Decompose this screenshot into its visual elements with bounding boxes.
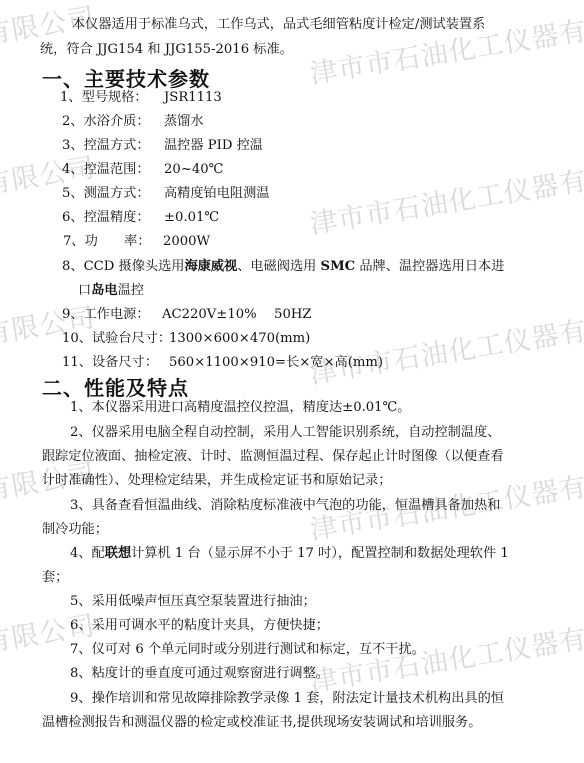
spec-number: 8、 [62, 259, 84, 274]
spec-value: 高精度铂电阻测温 [164, 185, 270, 203]
feature-4-line-1: 4、配联想计算机 1 台（显示屏不小于 17 吋），配置控制和数据处理软件 1 [70, 545, 509, 563]
spec-value: 20~40℃ [164, 161, 223, 179]
spec-row-7: 7、功 率： 2000W [63, 233, 151, 251]
text-run: 品牌、温控器选用日本进 [355, 259, 504, 274]
spec-value: 蒸馏水 [164, 113, 204, 131]
feature-9-line-2: 温槽检测报告和测温仪器的检定或校准证书,提供现场安装调试和培训服务。 [42, 714, 481, 732]
spec-value: AC220V±10% 50HZ [162, 306, 312, 324]
spec-row-10: 10、试验台尺寸： 1300×600×470(mm) [62, 330, 171, 348]
spec-number: 9、 [62, 307, 84, 322]
feature-3-line-1: 3、具备查看恒温曲线、消除粘度标准液中气泡的功能，恒温槽具备加热和 [70, 497, 500, 515]
feature-4-line-2: 套； [42, 569, 68, 587]
spec-label: 工作电源： [84, 307, 150, 322]
intro-line-1: 本仪器适用于标准乌式，工作乌式，品式毛细管粘度计检定/测试装置系 [72, 16, 485, 34]
spec-number: 5、 [62, 186, 84, 201]
text-run: 口 [78, 283, 91, 298]
spec-row-11: 11、设备尺寸： 560×1100×910=长×宽×高(mm) [62, 354, 158, 372]
feature-2-line-3: 计时准确性）、处理检定结果，并生成检定证书和原始记录； [42, 472, 391, 490]
spec-value: 2000W [163, 233, 210, 251]
document-page: 津市市石油化工仪器有限公司 津市市石油化工仪器有限公司 津市市石油化工仪器有限公… [0, 0, 584, 763]
watermark-text: 津市市石油化工仪器有限公司 [307, 0, 584, 91]
spec-number: 3、 [62, 138, 84, 153]
text-run: 4、配 [70, 546, 105, 561]
spec-number: 1、 [60, 90, 82, 105]
text-run: 、电磁阀选用 [237, 259, 320, 274]
spec-label: 控温方式： [84, 138, 150, 153]
watermark-text: 津市市石油化工仪器有限公司 [307, 296, 584, 391]
spec-number: 11、 [62, 355, 92, 370]
spec-number: 6、 [62, 210, 84, 225]
spec-label: 试验台尺寸： [92, 331, 171, 346]
spec-row-9: 9、工作电源： AC220V±10% 50HZ [62, 306, 150, 324]
section-2-title: 二、性能及特点 [42, 372, 189, 401]
spec-row-5: 5、测温方式： 高精度铂电阻测温 [62, 185, 150, 203]
spec-number: 10、 [62, 331, 92, 346]
brand-hikvision: 海康威视 [184, 259, 237, 274]
spec-label: 水浴介质： [84, 114, 150, 129]
spec-row-1: 1、型号规格： JSR1113 [60, 89, 148, 107]
watermark-text: 津市市石油化工仪器有限公司 [307, 146, 584, 241]
feature-7: 7、仪可对 6 个单元同时或分别进行测试和标定，互不干扰。 [70, 641, 425, 659]
brand-smc: SMC [321, 259, 356, 274]
spec-value: JSR1113 [164, 89, 222, 107]
spec-row-4: 4、控温范围： 20~40℃ [62, 161, 150, 179]
spec-number: 7、 [63, 234, 85, 249]
spec-number: 2、 [62, 114, 84, 129]
spec-value: 温控器 PID 控温 [164, 137, 263, 155]
text-run: 计算机 1 台（显示屏不小于 17 吋），配置控制和数据处理软件 1 [131, 546, 509, 561]
spec-value: ±0.01℃ [164, 209, 219, 227]
spec-row-2: 2、水浴介质： 蒸馏水 [62, 113, 150, 131]
spec-label: 控温精度： [84, 210, 150, 225]
feature-2-line-1: 2、仪器采用电脑全程自动控制，采用人工智能识别系统，自动控制温度、 [70, 424, 500, 442]
spec-label: 测温方式： [84, 186, 150, 201]
spec-row-8: 8、CCD 摄像头选用海康威视、电磁阀选用 SMC 品牌、温控器选用日本进 [62, 258, 504, 276]
spec-number: 4、 [62, 162, 84, 177]
feature-8: 8、粘度计的垂直度可通过观察窗进行调整。 [70, 665, 329, 683]
spec-label: 控温范围： [84, 162, 150, 177]
feature-5: 5、采用低噪声恒压真空泵装置进行抽油； [70, 593, 316, 611]
section-1-title: 一、主要技术参数 [42, 63, 210, 92]
feature-2-line-2: 跟踪定位液面、抽检定液、计时、监测恒温过程、保存起止计时图像（以便查看 [42, 448, 504, 466]
text-run: 温控 [118, 283, 144, 298]
feature-6: 6、采用可调水平的粘度计夹具，方便快捷； [70, 617, 329, 635]
spec-label: 型号规格： [82, 90, 148, 105]
brand-lenovo: 联想 [105, 546, 131, 561]
spec-row-3: 3、控温方式： 温控器 PID 控温 [62, 137, 150, 155]
feature-1: 1、本仪器采用进口高精度温控仪控温，精度达±0.01℃。 [70, 399, 411, 417]
brand-shimaden: 岛电 [91, 283, 117, 298]
spec-row-8-cont: 口岛电温控 [78, 282, 144, 300]
text-run: CCD 摄像头选用 [84, 259, 185, 274]
spec-row-6: 6、控温精度： ±0.01℃ [62, 209, 150, 227]
feature-9-line-1: 9、操作培训和常见故障排除教学录像 1 套，附法定计量技术机构出具的恒 [70, 690, 504, 708]
spec-label: 设备尺寸： [92, 355, 158, 370]
spec-value: 560×1100×910=长×宽×高(mm) [169, 354, 383, 372]
spec-label: 功 率： [85, 234, 151, 249]
intro-line-2: 统，符合 JJG154 和 JJG155-2016 标准。 [40, 41, 293, 59]
spec-value: 1300×600×470(mm) [169, 330, 310, 348]
feature-3-line-2: 制冷功能； [42, 521, 108, 539]
